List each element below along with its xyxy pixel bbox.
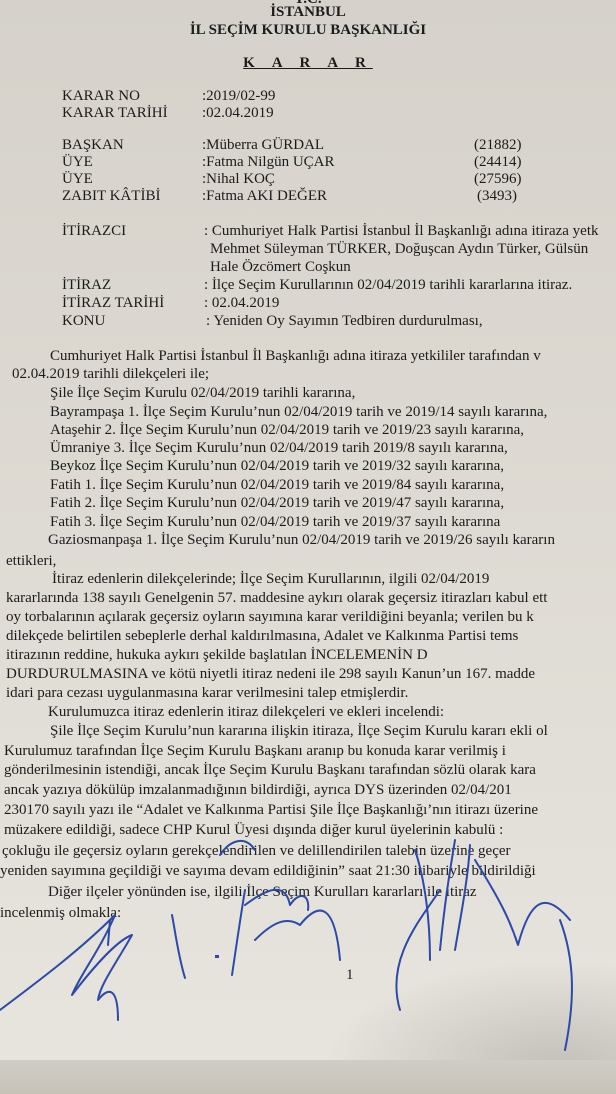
page-edge-shadow (0, 1060, 616, 1094)
committee-role: ZABIT KÂTİBİ (62, 188, 160, 205)
paragraph-line: itirazının reddine, hukuka aykırı şekild… (6, 647, 428, 664)
document-type-title: K A R A R (0, 55, 616, 72)
paragraph-line: İtiraz edenlerin dilekçelerinde; İlçe Se… (52, 571, 489, 588)
committee-role: ÜYE (62, 154, 93, 171)
document-page: T.C. İSTANBUL İL SEÇİM KURULU BAŞKANLIĞI… (0, 0, 616, 1094)
itiraz-tarihi-value: : 02.04.2019 (204, 295, 279, 312)
paragraph-line: kararlarında 138 sayılı Genelgenin 57. m… (6, 590, 547, 607)
decision-item: Ataşehir 2. İlçe Seçim Kurulu’nun 02/04/… (50, 422, 524, 439)
itiraz-label: İTİRAZ (62, 277, 111, 294)
decision-item: Gaziosmanpaşa 1. İlçe Seçim Kurulu’nun 0… (48, 532, 555, 549)
committee-number: (27596) (474, 171, 522, 188)
itirazci-line: : Cumhuriyet Halk Partisi İstanbul İl Ba… (204, 223, 599, 240)
paragraph-line: idari para cezası uygulanmasına karar ve… (6, 685, 408, 702)
paragraph-line: 230170 sayılı yazı ile “Adalet ve Kalkın… (4, 802, 538, 819)
header-city: İSTANBUL (0, 4, 616, 21)
itirazci-line: Hale Özcömert Coşkun (210, 259, 351, 276)
decision-item: Bayrampaşa 1. İlçe Seçim Kurulu’nun 02/0… (50, 404, 547, 421)
body-intro-line: 02.04.2019 tarihli dilekçeleri ile; (12, 366, 209, 383)
konu-value: : Yeniden Oy Sayımın Tedbiren durdurulma… (206, 313, 483, 330)
committee-name: :Nihal KOÇ (202, 171, 275, 188)
body-intro-line: Cumhuriyet Halk Partisi İstanbul İl Başk… (50, 348, 541, 365)
meta-label: KARAR NO (62, 88, 140, 105)
paragraph-line: incelenmiş olmakla: (0, 905, 121, 922)
paragraph-line: Diğer ilçeler yönünden ise, ilgili İlçe … (48, 884, 477, 901)
decision-item: Fatih 2. İlçe Seçim Kurulu’nun 02/04/201… (50, 495, 504, 512)
decision-item: Fatih 3. İlçe Seçim Kurulu’nun 02/04/201… (50, 514, 500, 531)
itirazci-label: İTİRAZCI (62, 223, 126, 240)
committee-name: :Müberra GÜRDAL (202, 137, 324, 154)
committee-role: BAŞKAN (62, 137, 124, 154)
committee-number: (3493) (477, 188, 517, 205)
header-institution: İL SEÇİM KURULU BAŞKANLIĞI (0, 22, 616, 39)
paragraph-line: oy torbalarının açılarak geçersiz oyları… (6, 609, 534, 626)
committee-number: (24414) (474, 154, 522, 171)
paragraph-line: ancak yazıya dökülüp imzalanmadığının bi… (4, 782, 512, 799)
paragraph-line: çokluğu ile geçersiz oyların gerekçelend… (2, 843, 511, 860)
decision-item: Ümraniye 3. İlçe Seçim Kurulu’nun 02/04/… (50, 440, 508, 457)
paragraph-line: dilekçede belirtilen sebeplerle derhal k… (6, 628, 518, 645)
committee-name: :Fatma Nilgün UÇAR (202, 154, 335, 171)
konu-label: KONU (62, 313, 105, 330)
committee-name: :Fatma AKI DEĞER (202, 188, 327, 205)
itiraz-tarihi-label: İTİRAZ TARİHİ (62, 295, 164, 312)
decision-item: Şile İlçe Seçim Kurulu 02/04/2019 tarihl… (50, 385, 355, 402)
paragraph-line: yeniden sayımına geçildiği ve sayıma dev… (0, 863, 536, 880)
committee-number: (21882) (474, 137, 522, 154)
paragraph-line: müzakere edildiği, sadece CHP Kurul Üyes… (4, 822, 503, 839)
meta-value: :2019/02-99 (202, 88, 275, 105)
meta-value: :02.04.2019 (202, 105, 274, 122)
paragraph-line: Kurulumuz tarafından İlçe Seçim Kurulu B… (4, 743, 506, 760)
itirazci-line: Mehmet Süleyman TÜRKER, Doğuşcan Aydın T… (210, 241, 588, 258)
body-ettikleri: ettikleri, (6, 553, 56, 570)
itiraz-value: : İlçe Seçim Kurullarının 02/04/2019 tar… (204, 277, 572, 294)
page-number: 1 (346, 967, 354, 984)
decision-item: Beykoz İlçe Seçim Kurulu’nun 02/04/2019 … (50, 458, 504, 475)
committee-role: ÜYE (62, 171, 93, 188)
decision-item: Fatih 1. İlçe Seçim Kurulu’nun 02/04/201… (50, 477, 504, 494)
paragraph-line: DURDURULMASINA ve kötü niyetli itiraz ne… (6, 666, 535, 683)
paragraph-line: Şile İlçe Seçim Kurulu’nun kararına iliş… (50, 723, 548, 740)
paragraph-line: gönderilmesinin istendiği, ancak İlçe Se… (4, 762, 536, 779)
paragraph-line: Kurulumuzca itiraz edenlerin itiraz dile… (48, 704, 444, 721)
meta-label: KARAR TARİHİ (62, 105, 168, 122)
